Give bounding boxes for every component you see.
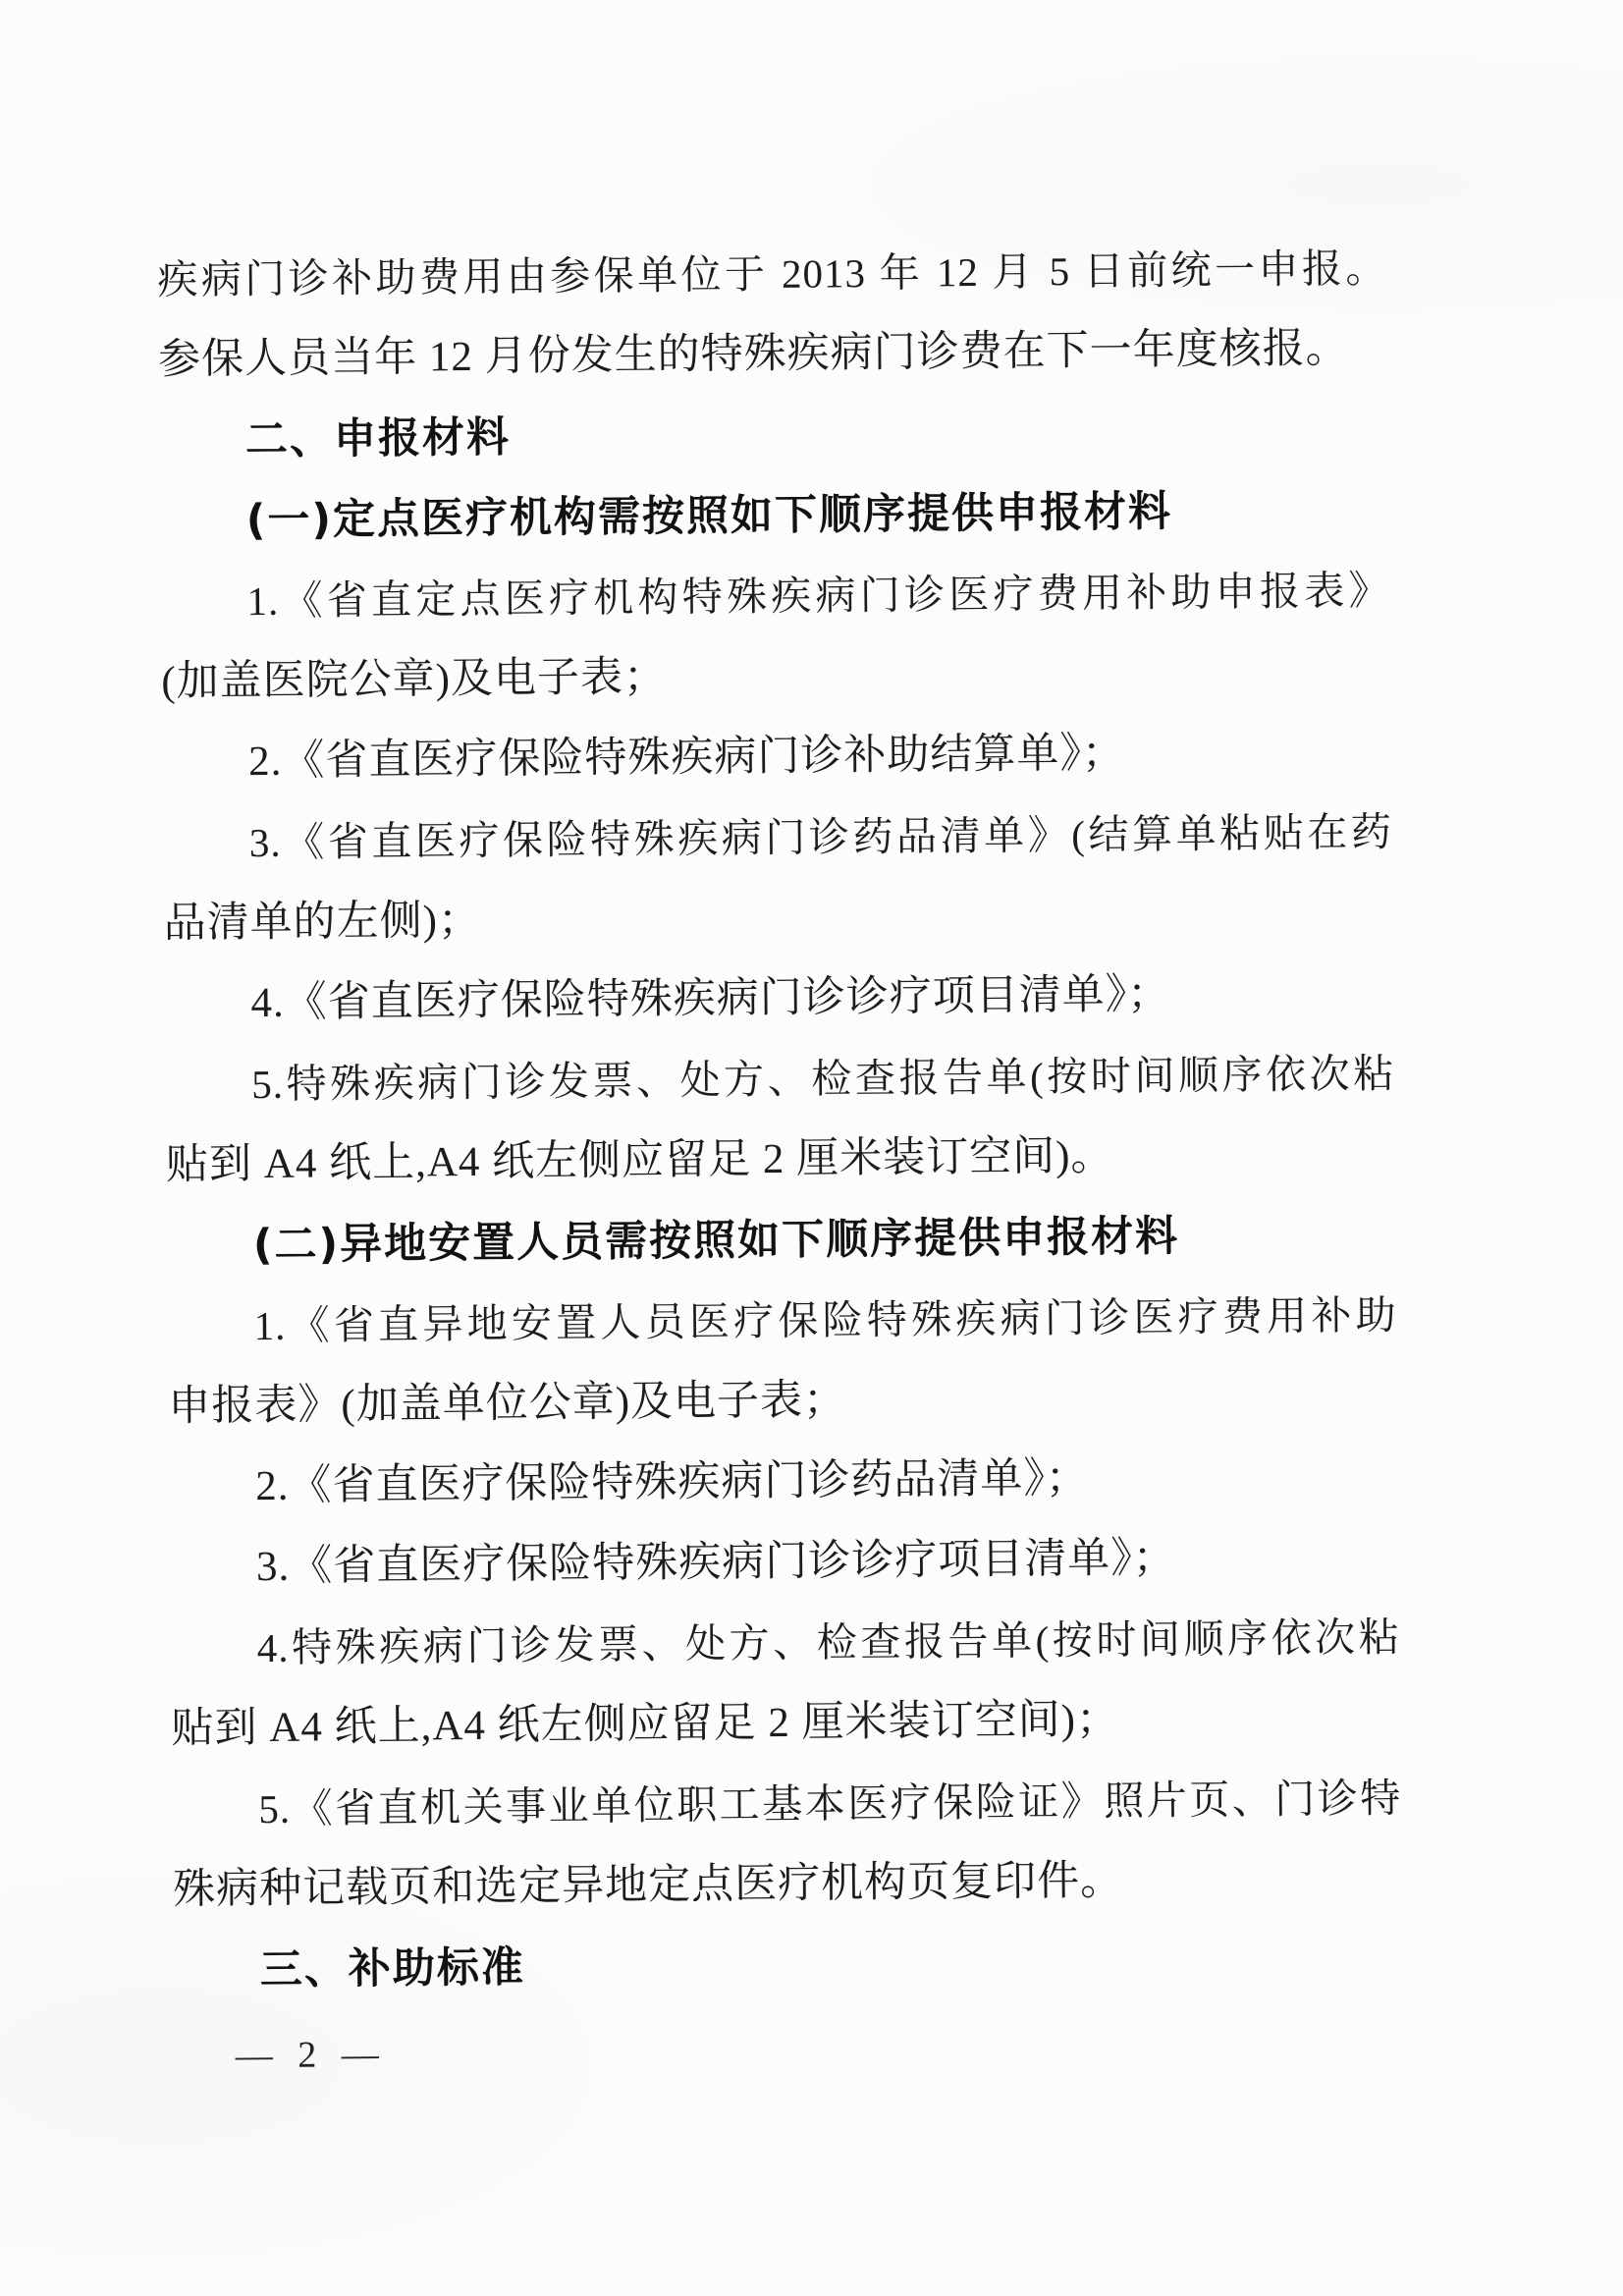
list-item: 2.《省直医疗保险特殊疾病门诊药品清单》； xyxy=(169,1436,1399,1528)
section-heading-2-2: (二)异地安置人员需按照如下顺序提供申报材料 xyxy=(166,1194,1396,1286)
list-item: 3.《省直医疗保险特殊疾病门诊诊疗项目清单》； xyxy=(170,1516,1400,1609)
text-line: (加盖医院公章)及电子表； xyxy=(161,630,1391,723)
page-number: — 2 — xyxy=(174,2015,1404,2086)
text-line: 疾病门诊补助费用由参保单位于 2013 年 12 月 5 日前统一申报。 xyxy=(157,228,1387,320)
list-item: 4.特殊疾病门诊发票、处方、检查报告单(按时间顺序依次粘 xyxy=(170,1597,1400,1689)
text-line: 殊病种记载页和选定异地定点医疗机构页复印件。 xyxy=(173,1838,1403,1931)
list-item: 5.特殊疾病门诊发票、处方、检查报告单(按时间顺序依次粘 xyxy=(165,1033,1395,1125)
list-item: 4.《省直医疗保险特殊疾病门诊诊疗项目清单》； xyxy=(164,953,1394,1045)
text-line: 参保人员当年 12 月份发生的特殊疾病门诊费在下一年度核报。 xyxy=(158,308,1388,401)
list-item: 1.《省直异地安置人员医疗保险特殊疾病门诊医疗费用补助 xyxy=(167,1275,1397,1367)
text-line: 申报表》(加盖单位公章)及电子表； xyxy=(168,1355,1398,1448)
document-text-block: 疾病门诊补助费用由参保单位于 2013 年 12 月 5 日前统一申报。 参保人… xyxy=(157,228,1404,2086)
section-heading-2: 二、申报材料 xyxy=(159,389,1389,481)
text-line: 贴到 A4 纸上,A4 纸左侧应留足 2 厘米装订空间)； xyxy=(171,1677,1401,1770)
section-heading-3: 三、补助标准 xyxy=(174,1919,1404,2011)
text-line: 贴到 A4 纸上,A4 纸左侧应留足 2 厘米装订空间)。 xyxy=(166,1114,1396,1206)
text-line: 品清单的左侧)； xyxy=(163,872,1393,964)
list-item: 1.《省直定点医疗机构特殊疾病门诊医疗费用补助申报表》 xyxy=(160,550,1390,642)
scanned-document-page: { "document": { "lines": [ "疾病门诊补助费用由参保单… xyxy=(0,0,1623,2296)
list-item: 2.《省直医疗保险特殊疾病门诊补助结算单》； xyxy=(162,711,1392,803)
section-heading-2-1: (一)定点医疗机构需按照如下顺序提供申报材料 xyxy=(159,469,1389,562)
list-item: 3.《省直医疗保险特殊疾病门诊药品清单》(结算单粘贴在药 xyxy=(163,792,1393,884)
list-item: 5.《省直机关事业单位职工基本医疗保险证》照片页、门诊特 xyxy=(172,1758,1402,1850)
